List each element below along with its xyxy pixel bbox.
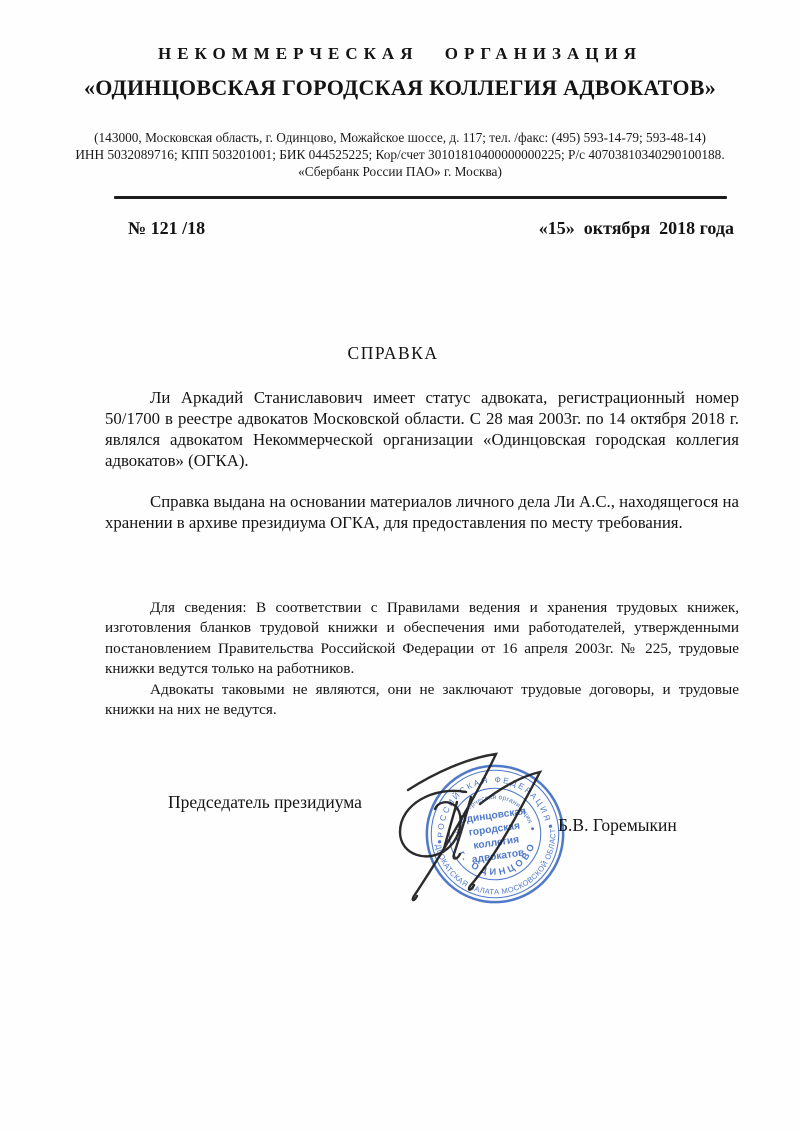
document-date: «15» октября 2018 года (539, 218, 734, 239)
document-title: СПРАВКА (0, 343, 786, 364)
org-name-heading: «ОДИНЦОВСКАЯ ГОРОДСКАЯ КОЛЛЕГИЯ АДВОКАТО… (10, 75, 790, 101)
contact-line-requisites: ИНН 5032089716; КПП 503201001; БИК 04452… (40, 146, 760, 163)
signatory-position: Председатель президиума (168, 792, 362, 813)
certificate-document-page: НЕКОММЕРЧЕСКАЯ ОРГАНИЗАЦИЯ «ОДИНЦОВСКАЯ … (0, 0, 800, 1131)
document-number: № 121 /18 (128, 218, 205, 239)
paragraph-issue-basis: Справка выдана на основании материалов л… (105, 491, 739, 533)
paragraph-advocate-status: Ли Аркадий Станиславович имеет статус ад… (105, 387, 739, 471)
stamp-dot-icon (549, 824, 553, 828)
handwritten-signature-icon (388, 746, 548, 908)
paragraph-note-advocates: Адвокаты таковыми не являются, они не за… (105, 680, 739, 721)
note-block: Для сведения: В соответствии с Правилами… (105, 598, 739, 720)
org-type-heading: НЕКОММЕРЧЕСКАЯ ОРГАНИЗАЦИЯ (10, 44, 790, 64)
org-contact-block: (143000, Московская область, г. Одинцово… (40, 129, 760, 181)
header-divider (114, 196, 727, 199)
contact-line-bank: «Сбербанк России ПАО» г. Москва) (40, 163, 760, 180)
signatory-name: Б.В. Горемыкин (558, 815, 677, 836)
paragraph-note-rules: Для сведения: В соответствии с Правилами… (105, 598, 739, 680)
contact-line-address: (143000, Московская область, г. Одинцово… (40, 129, 760, 146)
